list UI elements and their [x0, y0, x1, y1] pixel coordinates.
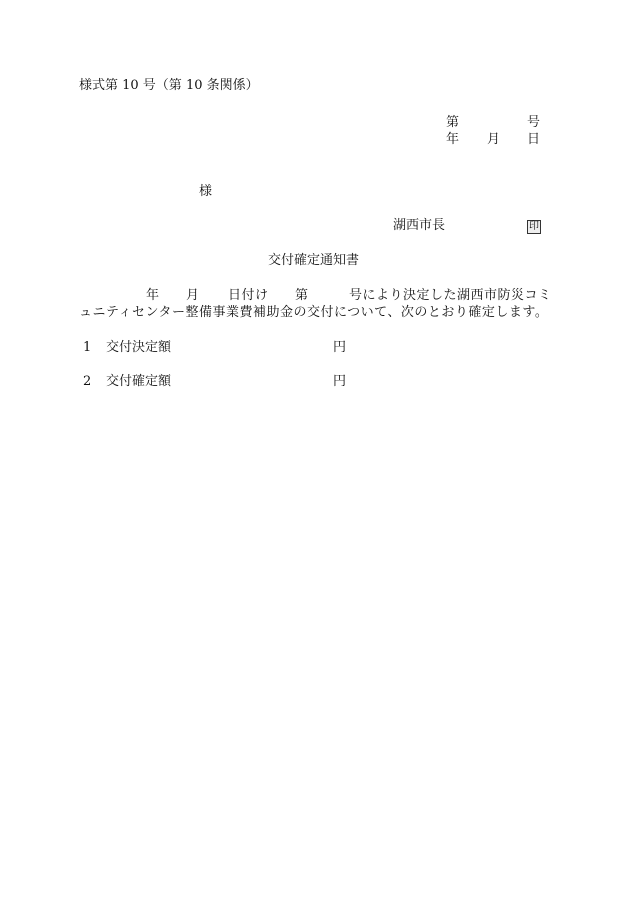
body-year: 年	[146, 288, 160, 304]
document-number-suffix: 号	[527, 115, 540, 131]
form-label: 様式第 10 号（第 10 条関係）	[79, 78, 259, 94]
date-year: 年	[446, 132, 459, 148]
item-number: 2	[83, 374, 91, 390]
body-line1: 号により決定した湖西市防災コミ	[349, 288, 552, 304]
seal-icon: 印	[527, 220, 541, 234]
item-unit: 円	[333, 374, 346, 390]
body-number-prefix: 第	[295, 288, 309, 304]
item-label: 交付決定額	[106, 340, 171, 356]
date-day: 日	[527, 132, 540, 148]
item-unit: 円	[333, 340, 346, 356]
body-month: 月	[186, 288, 200, 304]
body-line2: ュニティセンター整備事業費補助金の交付について、次のとおり確定します。	[79, 305, 548, 321]
body-day-date: 日付け	[228, 288, 269, 304]
document-title: 交付確定通知書	[268, 253, 359, 269]
document-number-prefix: 第	[446, 115, 459, 131]
item-label: 交付確定額	[106, 374, 171, 390]
issuer-name: 湖西市長	[393, 218, 445, 234]
addressee-suffix: 様	[199, 184, 212, 200]
date-month: 月	[487, 132, 500, 148]
item-number: 1	[83, 340, 91, 356]
seal-mark: 印	[527, 218, 541, 234]
